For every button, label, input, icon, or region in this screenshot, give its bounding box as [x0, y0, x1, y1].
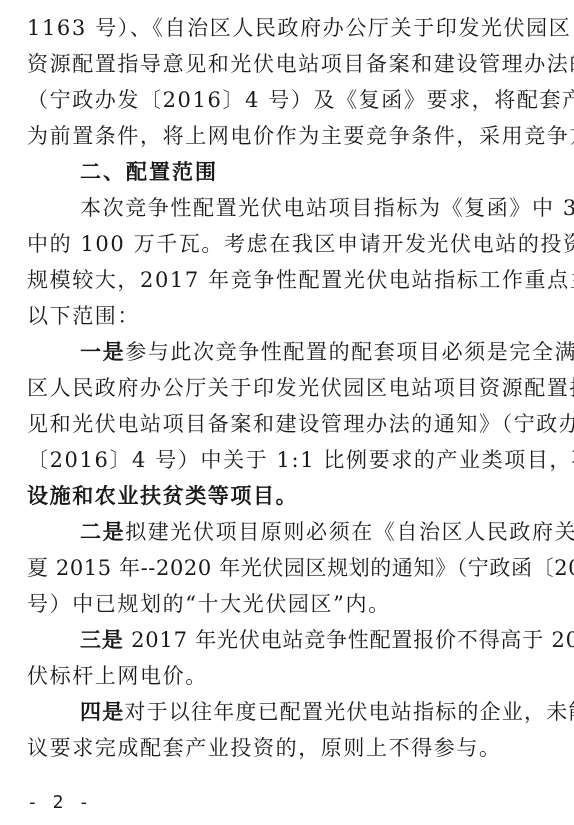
- body-line: 1163 号）、《自治区人民政府办公厅关于印发光伏园区电站项目: [27, 10, 547, 46]
- item-text: 对于以往年度已配置光伏电站指标的企业，未能按照协: [124, 700, 574, 724]
- body-line: 伏标杆上网电价。: [27, 658, 547, 694]
- item-lead: 三是: [80, 628, 124, 652]
- body-line: 为前置条件，将上网电价作为主要竞争条件，采用竞争方式配置。: [27, 118, 547, 154]
- item-text: 参与此次竞争性配置的配套项目必须是完全满足《自治: [125, 340, 574, 364]
- item-text: 2017 年光伏电站竞争性配置报价不得高于 2017 年度光: [124, 628, 574, 652]
- body-line: 〔2016〕4 号）中关于 1:1 比例要求的产业类项目，不考虑基础: [27, 442, 547, 478]
- document-page: 1163 号）、《自治区人民政府办公厅关于印发光伏园区电站项目 资源配置指导意见…: [0, 0, 574, 825]
- item-lead: 四是: [80, 700, 124, 724]
- list-item-1: 一是参与此次竞争性配置的配套项目必须是完全满足《自治: [80, 334, 547, 370]
- body-line: 见和光伏电站项目备案和建设管理办法的通知》（宁政办发: [27, 406, 547, 442]
- body-line: 资源配置指导意见和光伏电站项目备案和建设管理办法的通知》: [27, 46, 547, 82]
- list-item-3: 三是 2017 年光伏电站竞争性配置报价不得高于 2017 年度光: [80, 622, 547, 658]
- body-line: 夏 2015 年--2020 年光伏园区规划的通知》（宁政函〔2015〕220: [27, 550, 547, 586]
- body-line: 中的 100 万千瓦。考虑在我区申请开发光伏电站的投资企业多、: [27, 226, 547, 262]
- body-line: （宁政办发〔2016〕4 号）及《复函》要求，将配套产业项目作: [27, 82, 547, 118]
- list-item-4: 四是对于以往年度已配置光伏电站指标的企业，未能按照协: [80, 694, 547, 730]
- body-line: 以下范围：: [27, 298, 547, 334]
- item-lead: 二是: [80, 520, 125, 544]
- bold-emphasis-line: 设施和农业扶贫类等项目。: [27, 478, 547, 514]
- section-heading: 二、配置范围: [80, 154, 547, 190]
- body-line: 区人民政府办公厅关于印发光伏园区电站项目资源配置指导意: [27, 370, 547, 406]
- body-line: 议要求完成配套产业投资的，原则上不得参与。: [27, 730, 547, 766]
- body-line: 号）中已规划的“十大光伏园区”内。: [27, 586, 547, 622]
- body-line: 本次竞争性配置光伏电站项目指标为《复函》中 350 万千瓦: [80, 190, 547, 226]
- body-line: 规模较大，2017 年竞争性配置光伏电站指标工作重点主要包含: [27, 262, 547, 298]
- item-lead: 一是: [80, 340, 125, 364]
- list-item-2: 二是拟建光伏项目原则必须在《自治区人民政府关于印发宁: [80, 514, 547, 550]
- item-text: 〔2016〕4 号）中关于 1:1 比例要求的产业类项目，: [27, 448, 572, 472]
- page-number: - 2 -: [27, 792, 91, 813]
- item-text: 拟建光伏项目原则必须在《自治区人民政府关于印发宁: [125, 520, 574, 544]
